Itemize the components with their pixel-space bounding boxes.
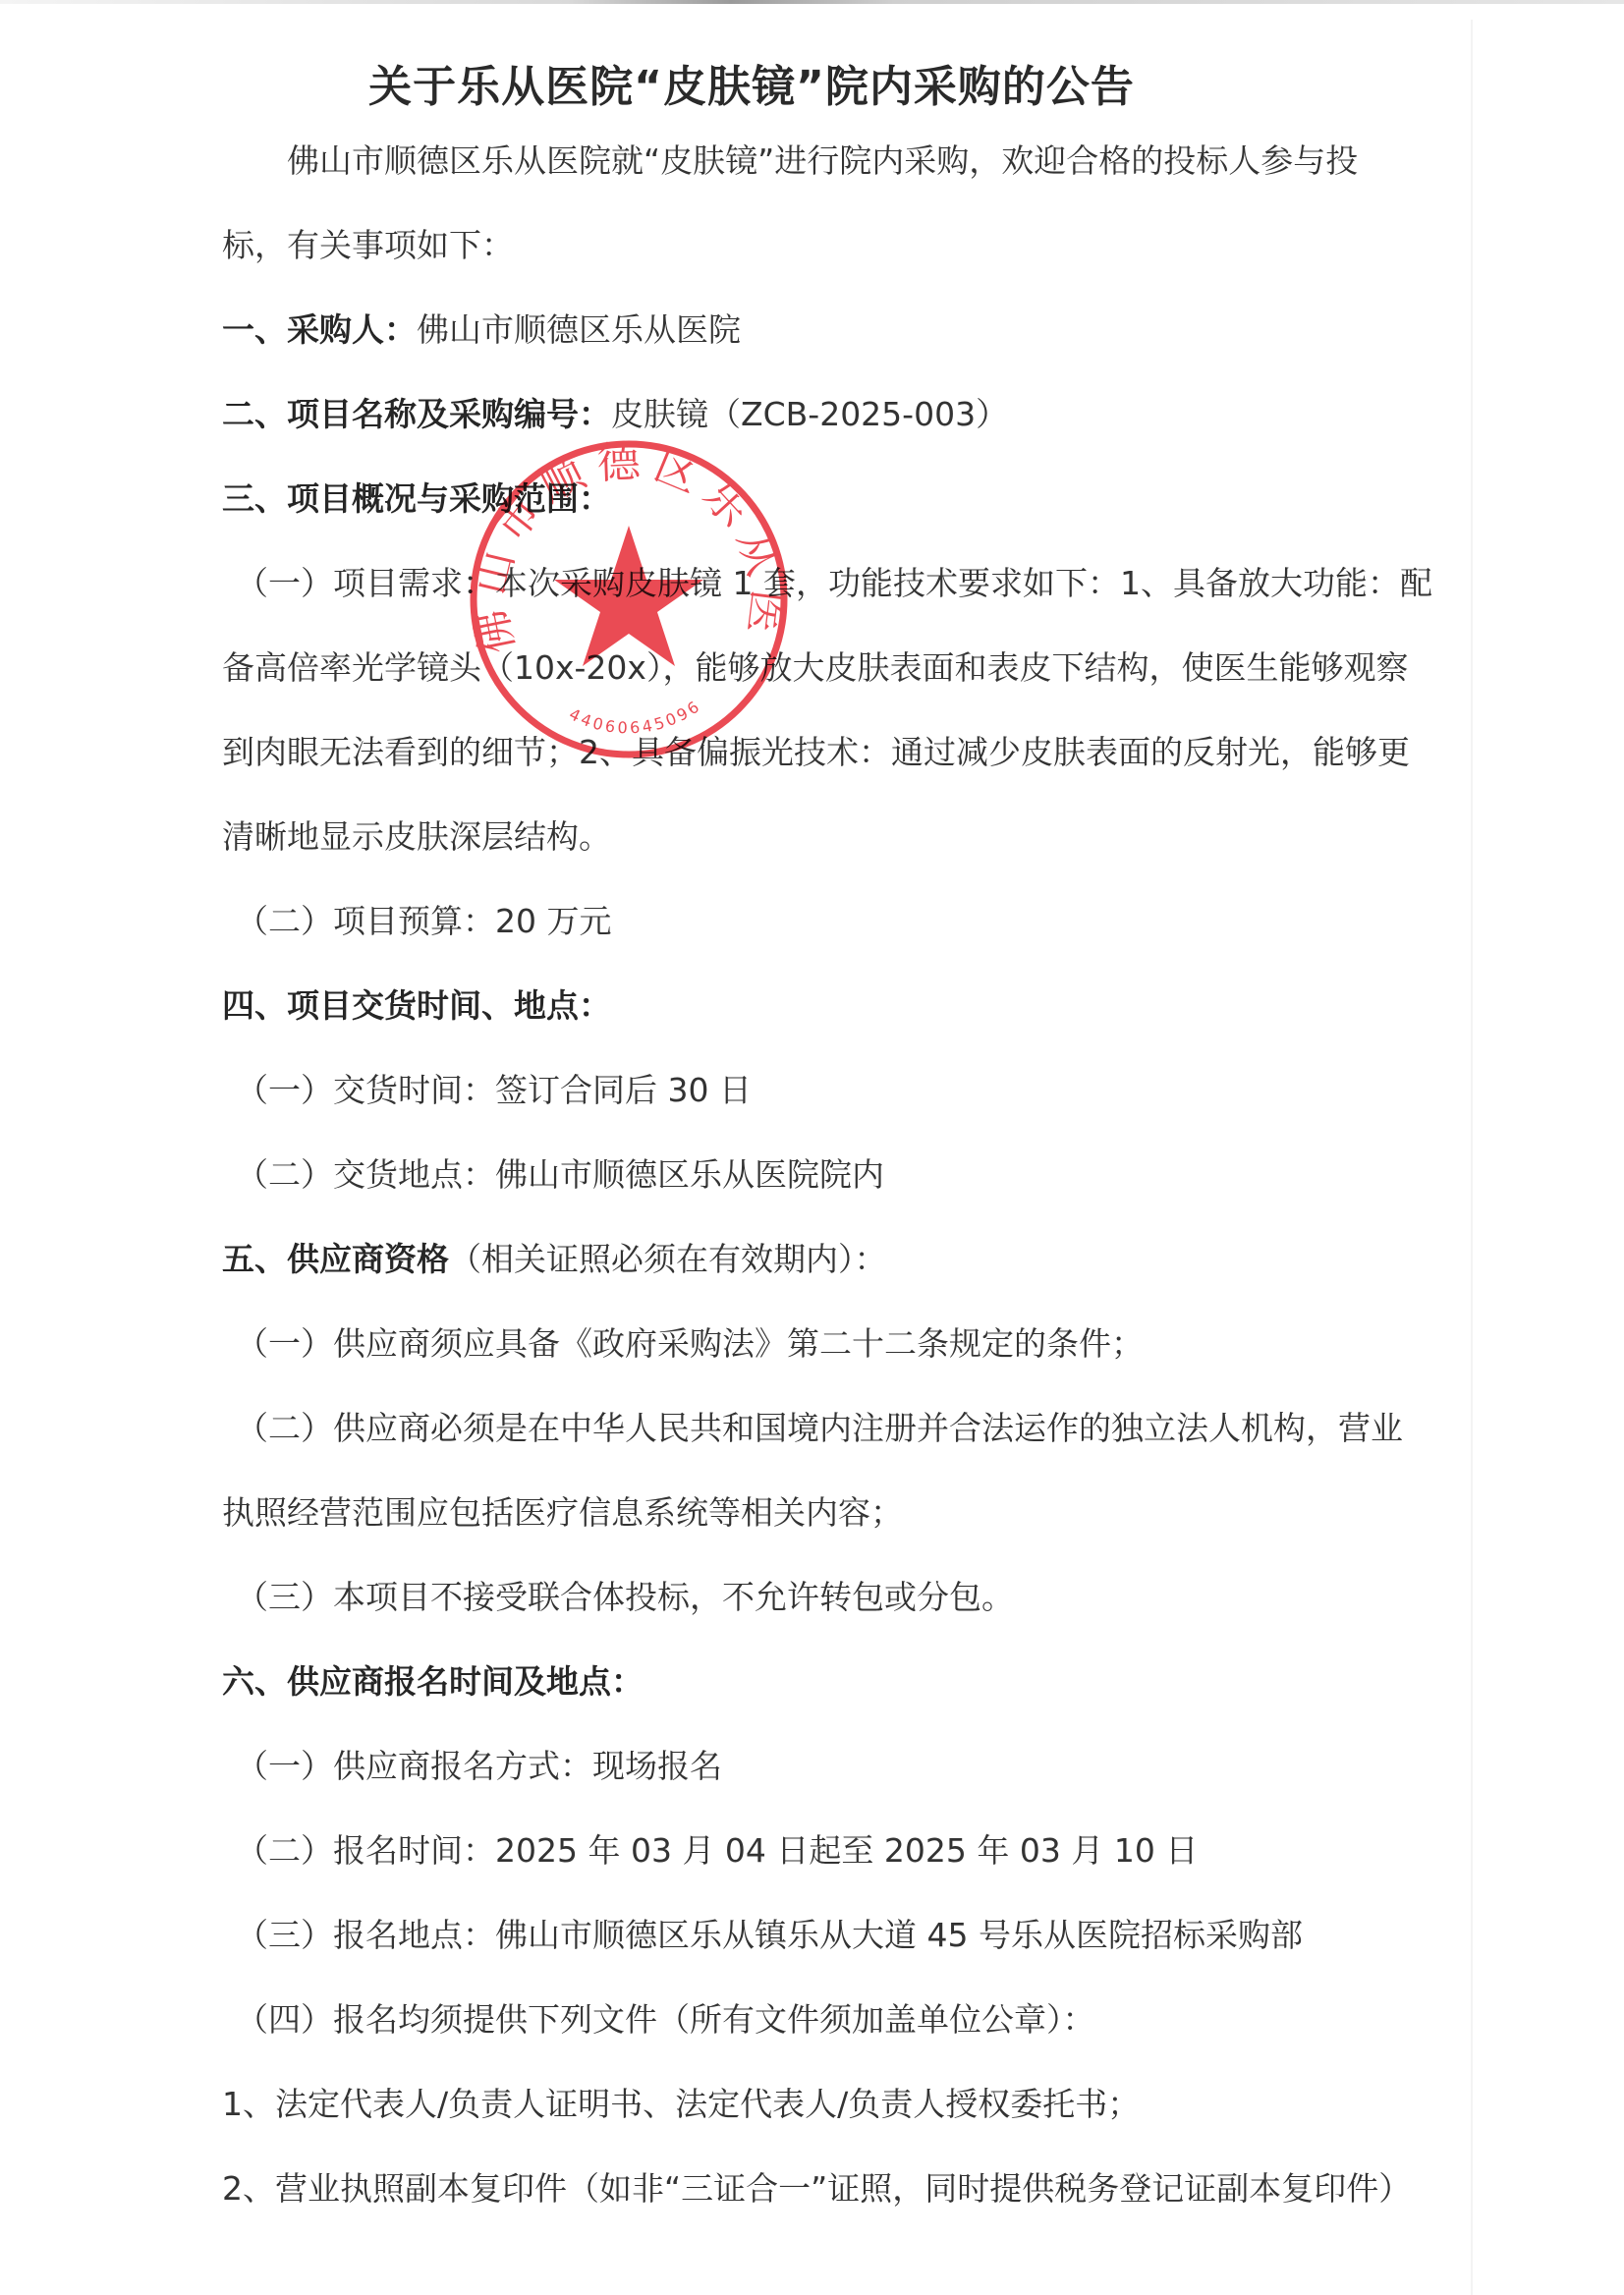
section-project-name: 二、项目名称及采购编号：皮肤镜（ZCB-2025-003） [222,393,1008,436]
qualification-item-2-line-2: 执照经营范围应包括医疗信息系统等相关内容； [222,1491,903,1535]
qualification-item-1: （一）供应商须应具备《政府采购法》第二十二条规定的条件； [236,1322,1144,1366]
qualification-item-3: （三）本项目不接受联合体投标，不允许转包或分包。 [236,1576,1014,1619]
announcement-page: 关于乐从医院“皮肤镜”院内采购的公告 佛山市顺德区乐从医院就“皮肤镜”进行院内采… [0,0,1624,2295]
required-document-1: 1、法定代表人/负责人证明书、法定代表人/负责人授权委托书； [222,2083,1140,2126]
section-text: 皮肤镜（ZCB-2025-003） [611,395,1008,433]
document-title: 关于乐从医院“皮肤镜”院内采购的公告 [0,51,1503,114]
intro-line-2: 标，有关事项如下： [222,224,514,267]
qualification-item-2-line-1: （二）供应商必须是在中华人民共和国境内注册并合法运作的独立法人机构，营业 [236,1407,1403,1450]
registration-documents: （四）报名均须提供下列文件（所有文件须加盖单位公章）： [236,1998,1095,2042]
section-heading: 六、供应商报名时间及地点： [222,1662,644,1701]
section-text: 佛山市顺德区乐从医院 [417,310,741,349]
required-document-2: 2、营业执照副本复印件（如非“三证合一”证照，同时提供税务登记证副本复印件） [222,2167,1411,2211]
registration-method: （一）供应商报名方式：现场报名 [236,1745,722,1788]
requirement-line-4: 清晰地显示皮肤深层结构。 [222,815,611,859]
delivery-place: （二）交货地点：佛山市顺德区乐从医院院内 [236,1153,884,1197]
delivery-time: （一）交货时间：签订合同后 30 日 [236,1069,752,1112]
section-qualification: 五、供应商资格（相关证照必须在有效期内）： [222,1238,887,1281]
section-delivery: 四、项目交货时间、地点： [222,984,611,1028]
requirement-line-1: （一）项目需求：本次采购皮肤镜 1 套，功能技术要求如下：1、具备放大功能：配 [236,562,1432,605]
requirement-line-2: 备高倍率光学镜头（10x-20x），能够放大皮肤表面和表皮下结构，使医生能够观察 [222,646,1408,690]
budget-line: （二）项目预算：20 万元 [236,900,611,943]
intro-line-1: 佛山市顺德区乐从医院就“皮肤镜”进行院内采购，欢迎合格的投标人参与投 [287,140,1358,183]
section-overview: 三、项目概况与采购范围： [222,477,611,521]
section-registration: 六、供应商报名时间及地点： [222,1660,644,1704]
registration-time: （二）报名时间：2025 年 03 月 04 日起至 2025 年 03 月 1… [236,1829,1198,1873]
section-purchaser: 一、采购人：佛山市顺德区乐从医院 [222,308,741,352]
svg-text:佛山市顺德区乐从医院: 佛山市顺德区乐从医院 [462,432,793,657]
registration-place: （三）报名地点：佛山市顺德区乐从镇乐从大道 45 号乐从医院招标采购部 [236,1914,1303,1957]
section-heading: 一、采购人： [222,310,417,349]
requirement-line-3: 到肉眼无法看到的细节；2、具备偏振光技术：通过减少皮肤表面的反射光，能够更 [222,731,1410,774]
section-heading: 五、供应商资格 [222,1240,449,1278]
section-heading-note: （相关证照必须在有效期内）： [449,1240,887,1278]
section-heading: 二、项目名称及采购编号： [222,395,611,433]
seal-arc-text: 佛山市顺德区乐从医院 [462,432,793,657]
section-heading: 四、项目交货时间、地点： [222,986,611,1025]
section-heading: 三、项目概况与采购范围： [222,479,611,518]
